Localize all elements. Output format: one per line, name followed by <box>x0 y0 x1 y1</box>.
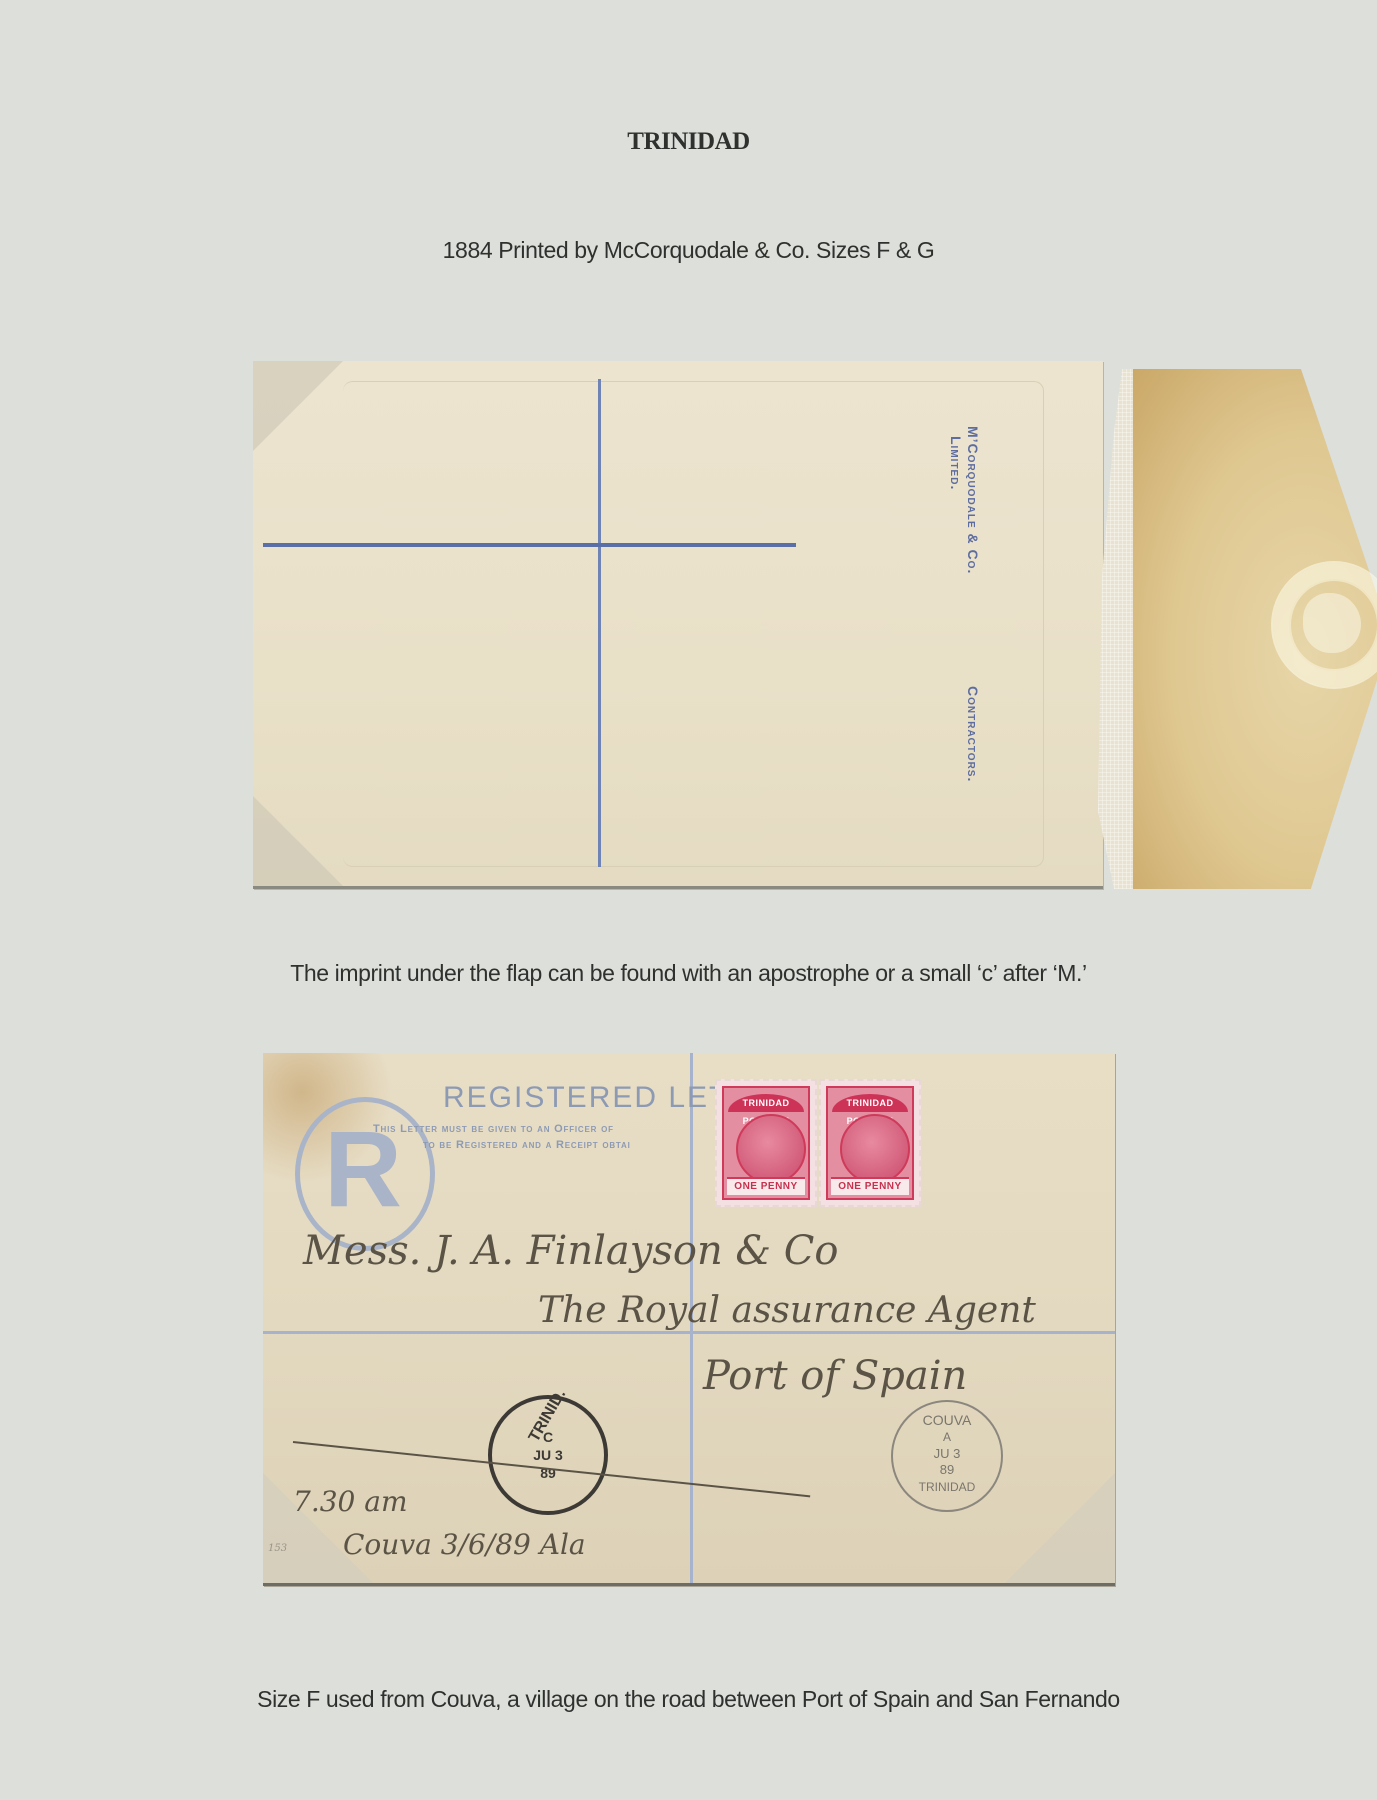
caption-imprint: The imprint under the flap can be found … <box>0 960 1377 987</box>
envelope-back-body: M’Corquodale & Co. Limited. Contractors. <box>253 361 1103 889</box>
address-line-2: The Royal assurance Agent <box>538 1290 1036 1331</box>
imprint-mccorquodale: M’Corquodale & Co. <box>965 426 981 574</box>
envelope-back-size-g: M’Corquodale & Co. Limited. Contractors. <box>253 361 1377 888</box>
stamp-top-label: TRINIDAD POSTAGE <box>728 1094 804 1112</box>
page-title: TRINIDAD <box>0 128 1377 156</box>
envelope-front-size-f: R REGISTERED LETTE This Letter must be g… <box>263 1053 1115 1586</box>
postmark-trinidad: TRINID. C JU 3 89 <box>488 1395 608 1515</box>
instruction-line-1: This Letter must be given to an Officer … <box>373 1123 614 1135</box>
manuscript-time: 7.30 am <box>293 1485 408 1518</box>
blue-cross-horizontal <box>263 543 796 547</box>
stamp-value-label: ONE PENNY <box>831 1177 909 1195</box>
stamp-top-label: TRINIDAD POSTAGE <box>832 1094 908 1112</box>
stamp-one-penny: TRINIDAD POSTAGE ONE PENNY <box>715 1079 817 1207</box>
manuscript-origin: Couva 3/6/89 Ala <box>343 1528 586 1561</box>
page-subtitle: 1884 Printed by McCorquodale & Co. Sizes… <box>0 237 1377 264</box>
postmark-couva: COUVA A JU 3 89 TRINIDAD <box>891 1400 1003 1512</box>
queen-victoria-portrait-icon <box>736 1114 806 1184</box>
blue-cross-vertical <box>598 379 601 867</box>
caption-couva: Size F used from Couva, a village on the… <box>0 1686 1377 1713</box>
imprint-contractors: Contractors. <box>965 686 981 782</box>
imprint-limited: Limited. <box>948 436 964 490</box>
queen-head-emboss-icon <box>1303 593 1361 653</box>
instruction-line-2: to be Registered and a Receipt obtai <box>423 1139 631 1151</box>
manuscript-number: 153 <box>268 1543 287 1554</box>
address-line-3: Port of Spain <box>703 1353 967 1399</box>
blue-cross-horizontal <box>263 1331 1115 1334</box>
queen-victoria-portrait-icon <box>840 1114 910 1184</box>
address-line-1: Mess. J. A. Finlayson & Co <box>303 1228 838 1274</box>
stamp-one-penny: TRINIDAD POSTAGE ONE PENNY <box>819 1079 921 1207</box>
envelope-inner-panel <box>343 381 1044 867</box>
corner-fold <box>1005 1473 1115 1583</box>
corner-fold <box>253 796 343 886</box>
stamp-value-label: ONE PENNY <box>727 1177 805 1195</box>
corner-fold <box>253 361 343 451</box>
